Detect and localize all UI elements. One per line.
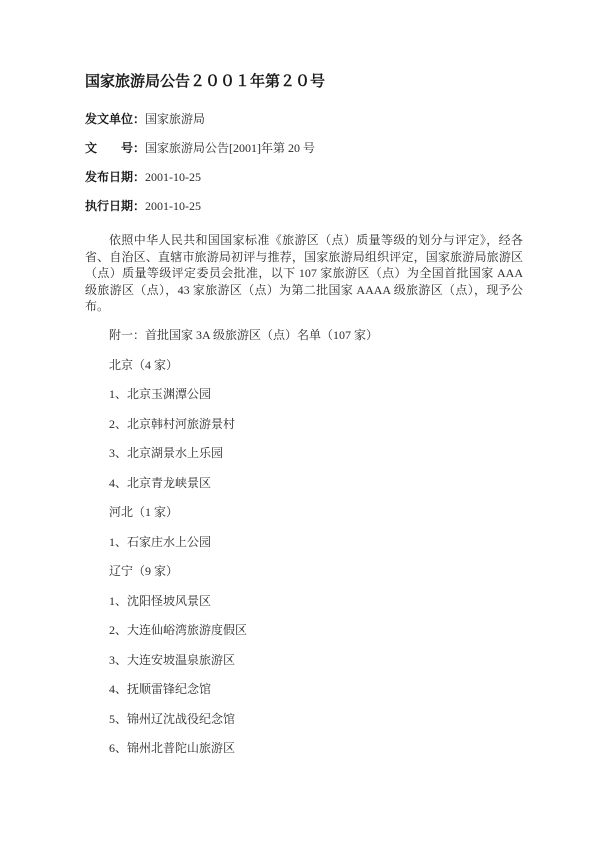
list-item: 4、抚顺雷锋纪念馆 [85,681,523,698]
list-item: 2、北京韩村河旅游景村 [85,416,523,433]
meta-label: 文 号： [85,141,145,155]
list-item: 1、沈阳怪坡风景区 [85,593,523,610]
document-page: 国家旅游局公告２００１年第２０号 发文单位：国家旅游局 文 号：国家旅游局公告[… [0,0,595,842]
meta-label: 执行日期： [85,199,145,213]
body-paragraph: 依照中华人民共和国国家标准《旅游区（点）质量等级的划分与评定》，经各省、自治区、… [85,232,523,315]
list-item: 2、大连仙峪湾旅游度假区 [85,622,523,639]
list-item: 5、锦州辽沈战役纪念馆 [85,711,523,728]
meta-label: 发布日期： [85,170,145,184]
list-item: 1、北京玉渊潭公园 [85,386,523,403]
list-item: 3、大连安坡温泉旅游区 [85,652,523,669]
list-item: 6、锦州北普陀山旅游区 [85,740,523,757]
list-item: 4、北京青龙峡景区 [85,475,523,492]
meta-row-effective-date: 执行日期：2001-10-25 [85,198,523,215]
list-item: 3、北京湖景水上乐园 [85,445,523,462]
meta-value: 2001-10-25 [145,170,201,184]
meta-row-document-number: 文 号：国家旅游局公告[2001]年第 20 号 [85,140,523,157]
meta-value: 国家旅游局 [145,112,205,126]
list-item: 1、石家庄水上公园 [85,534,523,551]
attachment-heading: 附一：首批国家 3A 级旅游区（点）名单（107 家） [85,327,523,344]
province-heading-liaoning: 辽宁（9 家） [85,563,523,580]
province-heading-hebei: 河北（1 家） [85,504,523,521]
meta-row-issuing-unit: 发文单位：国家旅游局 [85,111,523,128]
meta-value: 2001-10-25 [145,199,201,213]
province-heading-beijing: 北京（4 家） [85,357,523,374]
page-title: 国家旅游局公告２００１年第２０号 [85,72,523,92]
meta-label: 发文单位： [85,112,145,126]
meta-row-publish-date: 发布日期：2001-10-25 [85,169,523,186]
meta-value: 国家旅游局公告[2001]年第 20 号 [145,141,315,155]
